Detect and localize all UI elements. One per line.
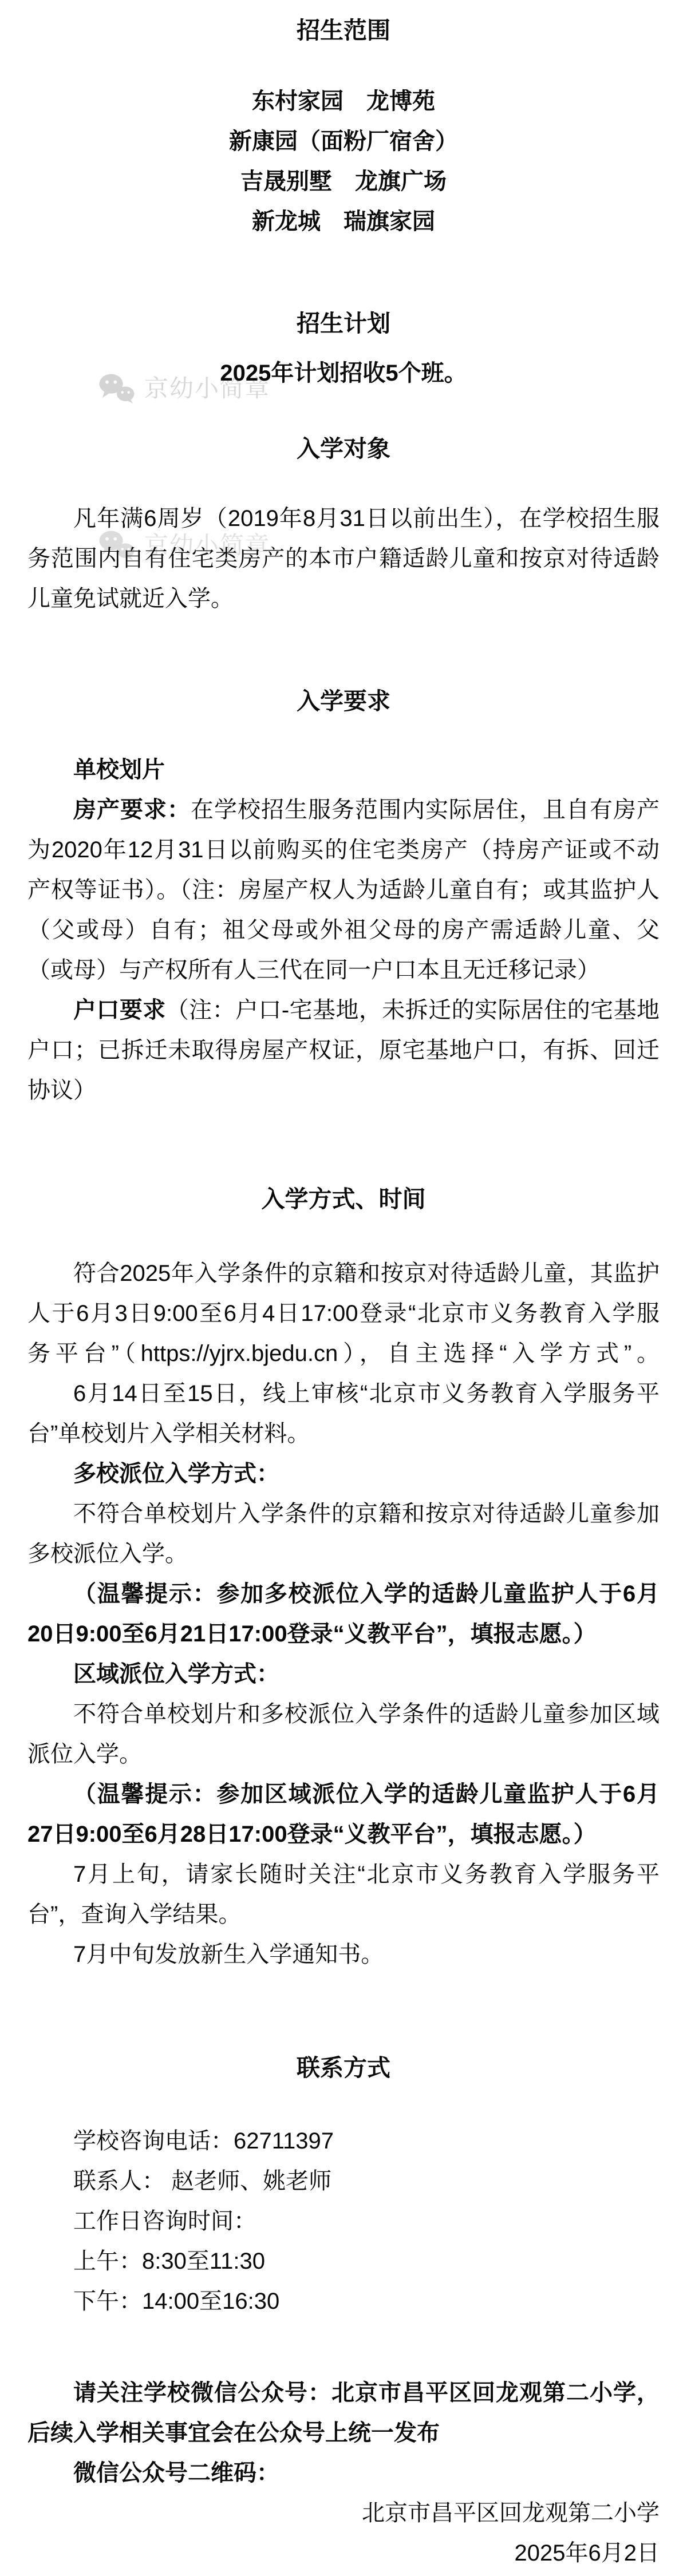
emphasis-text: 户口要求 bbox=[73, 998, 166, 1023]
text-line: 台”单校划片入学相关材料。 bbox=[27, 1414, 660, 1454]
text-line: 产权等证书）。（注：房屋产权人为适龄儿童自有；或其监护人 bbox=[27, 870, 660, 910]
text-line: 户口要求（注：户口-宅基地，未拆迁的实际居住的宅基地 bbox=[27, 990, 660, 1030]
office-hours-morning: 上午：8:30至11:30 bbox=[27, 2241, 660, 2281]
text-line: 7月上旬，请家长随时关注“北京市义务教育入学服务平 bbox=[27, 1854, 660, 1894]
text-line: 符合2025年入学条件的京籍和按京对待适龄儿童，其监护 bbox=[27, 1253, 660, 1293]
text-line: 吉晟别墅 龙旗广场 bbox=[27, 161, 660, 201]
text-line: （父或母）自有；祖父母或外祖父母的房产需适龄儿童、父 bbox=[27, 910, 660, 950]
notice-date: 2025年6月2日 bbox=[27, 2533, 660, 2573]
text-line: 东村家园 龙博苑 bbox=[27, 81, 660, 121]
enrollment-plan-body: 2025年计划招收5个班。 bbox=[27, 353, 660, 393]
enrollment-plan-title: 招生计划 bbox=[27, 303, 660, 343]
office-hours-afternoon: 下午：14:00至16:30 bbox=[27, 2281, 660, 2321]
text-line: 后续入学相关事宜会在公众号上统一发布 bbox=[27, 2413, 660, 2453]
text-line: 区域派位入学方式： bbox=[27, 1654, 660, 1694]
text-line: （温馨提示：参加区域派位入学的适龄儿童监护人于6月 bbox=[27, 1774, 660, 1814]
text-line: （温馨提示：参加多校派位入学的适龄儿童监护人于6月 bbox=[27, 1574, 660, 1614]
text-line: 房产要求：在学校招生服务范围内实际居住，且自有房产 bbox=[27, 790, 660, 830]
school-phone-line: 学校咨询电话：62711397 bbox=[27, 2121, 660, 2161]
text-line: 凡年满6周岁（2019年8月31日以前出生），在学校招生服 bbox=[27, 498, 660, 539]
enrollment-requirements-body: 单校划片房产要求：在学校招生服务范围内实际居住，且自有房产为2020年12月31… bbox=[27, 750, 660, 1110]
enrollment-target-body: 凡年满6周岁（2019年8月31日以前出生），在学校招生服务范围内自有住宅类房产… bbox=[27, 498, 660, 619]
text-line: （或母）与产权所有人三代在同一户口本且无迁移记录） bbox=[27, 950, 660, 990]
text-line: 新龙城 瑞旗家园 bbox=[27, 201, 660, 242]
text-line: 微信公众号二维码： bbox=[27, 2453, 660, 2493]
text-line: 7月中旬发放新生入学通知书。 bbox=[27, 1934, 660, 1974]
contact-info-body: 学校咨询电话：62711397联系人： 赵老师、姚老师工作日咨询时间：上午：8:… bbox=[27, 2121, 660, 2321]
text-line: 派位入学。 bbox=[27, 1734, 660, 1774]
contact-info-title: 联系方式 bbox=[27, 2048, 660, 2088]
text-line: 协议） bbox=[27, 1070, 660, 1110]
enrollment-scope-title: 招生范围 bbox=[27, 10, 660, 50]
text-line: 儿童免试就近入学。 bbox=[27, 579, 660, 619]
text-line: 新康园（面粉厂宿舍） bbox=[27, 121, 660, 161]
text-line: 台”，查询入学结果。 bbox=[27, 1894, 660, 1934]
text-line: 不符合单校划片和多校派位入学条件的适龄儿童参加区域 bbox=[27, 1694, 660, 1734]
contact-person-line: 联系人： 赵老师、姚老师 bbox=[27, 2161, 660, 2201]
signature-block: 北京市昌平区回龙观第二小学2025年6月2日 bbox=[27, 2493, 660, 2573]
text-line: 多校派位入学方式： bbox=[27, 1454, 660, 1494]
text-line: 人于6月3日9:00至6月4日17:00登录“北京市义务教育入学服 bbox=[27, 1293, 660, 1333]
wechat-notice-body: 请关注学校微信公众号：北京市昌平区回龙观第二小学，后续入学相关事宜会在公众号上统… bbox=[27, 2373, 660, 2493]
text-line: 27日9:00至6月28日17:00登录“义教平台”，填报志愿。） bbox=[27, 1814, 660, 1854]
text-line: 2025年计划招收5个班。 bbox=[27, 353, 660, 393]
enrollment-target-title: 入学对象 bbox=[27, 429, 660, 469]
text-run: （注：户口-宅基地，未拆迁的实际居住的宅基地 bbox=[166, 998, 660, 1023]
text-line: 户口；已拆迁未取得房屋产权证，原宅基地户口，有拆、回迁 bbox=[27, 1030, 660, 1070]
document-body: 招生范围东村家园 龙博苑新康园（面粉厂宿舍）吉晟别墅 龙旗广场新龙城 瑞旗家园招… bbox=[0, 0, 687, 2573]
enrollment-method-time-body: 符合2025年入学条件的京籍和按京对待适龄儿童，其监护人于6月3日9:00至6月… bbox=[27, 1253, 660, 1974]
enrollment-scope-list: 东村家园 龙博苑新康园（面粉厂宿舍）吉晟别墅 龙旗广场新龙城 瑞旗家园 bbox=[27, 81, 660, 242]
text-line: 20日9:00至6月21日17:00登录“义教平台”，填报志愿。） bbox=[27, 1614, 660, 1654]
enrollment-requirements-title: 入学要求 bbox=[27, 681, 660, 721]
emphasis-text: 房产要求： bbox=[73, 797, 191, 822]
text-line: 多校派位入学。 bbox=[27, 1534, 660, 1574]
text-line: 为2020年12月31日以前购买的住宅类房产（持房产证或不动 bbox=[27, 830, 660, 870]
text-line: 请关注学校微信公众号：北京市昌平区回龙观第二小学， bbox=[27, 2373, 660, 2413]
text-line: 6月14日至15日，线上审核“北京市义务教育入学服务平 bbox=[27, 1374, 660, 1414]
text-line: 单校划片 bbox=[27, 750, 660, 790]
text-line: 务平台”（https://yjrx.bjedu.cn），自主选择“入学方式”。 bbox=[27, 1333, 660, 1374]
document-page: { "page": { "background_color": "#ffffff… bbox=[0, 0, 687, 2576]
office-hours-label: 工作日咨询时间： bbox=[27, 2201, 660, 2241]
text-line: 不符合单校划片入学条件的京籍和按京对待适龄儿童参加 bbox=[27, 1494, 660, 1534]
text-run: 在学校招生服务范围内实际居住，且自有房产 bbox=[191, 797, 660, 822]
school-name-signature: 北京市昌平区回龙观第二小学 bbox=[27, 2493, 660, 2533]
enrollment-method-time-title: 入学方式、时间 bbox=[27, 1179, 660, 1219]
text-line: 务范围内自有住宅类房产的本市户籍适龄儿童和按京对待适龄 bbox=[27, 539, 660, 579]
